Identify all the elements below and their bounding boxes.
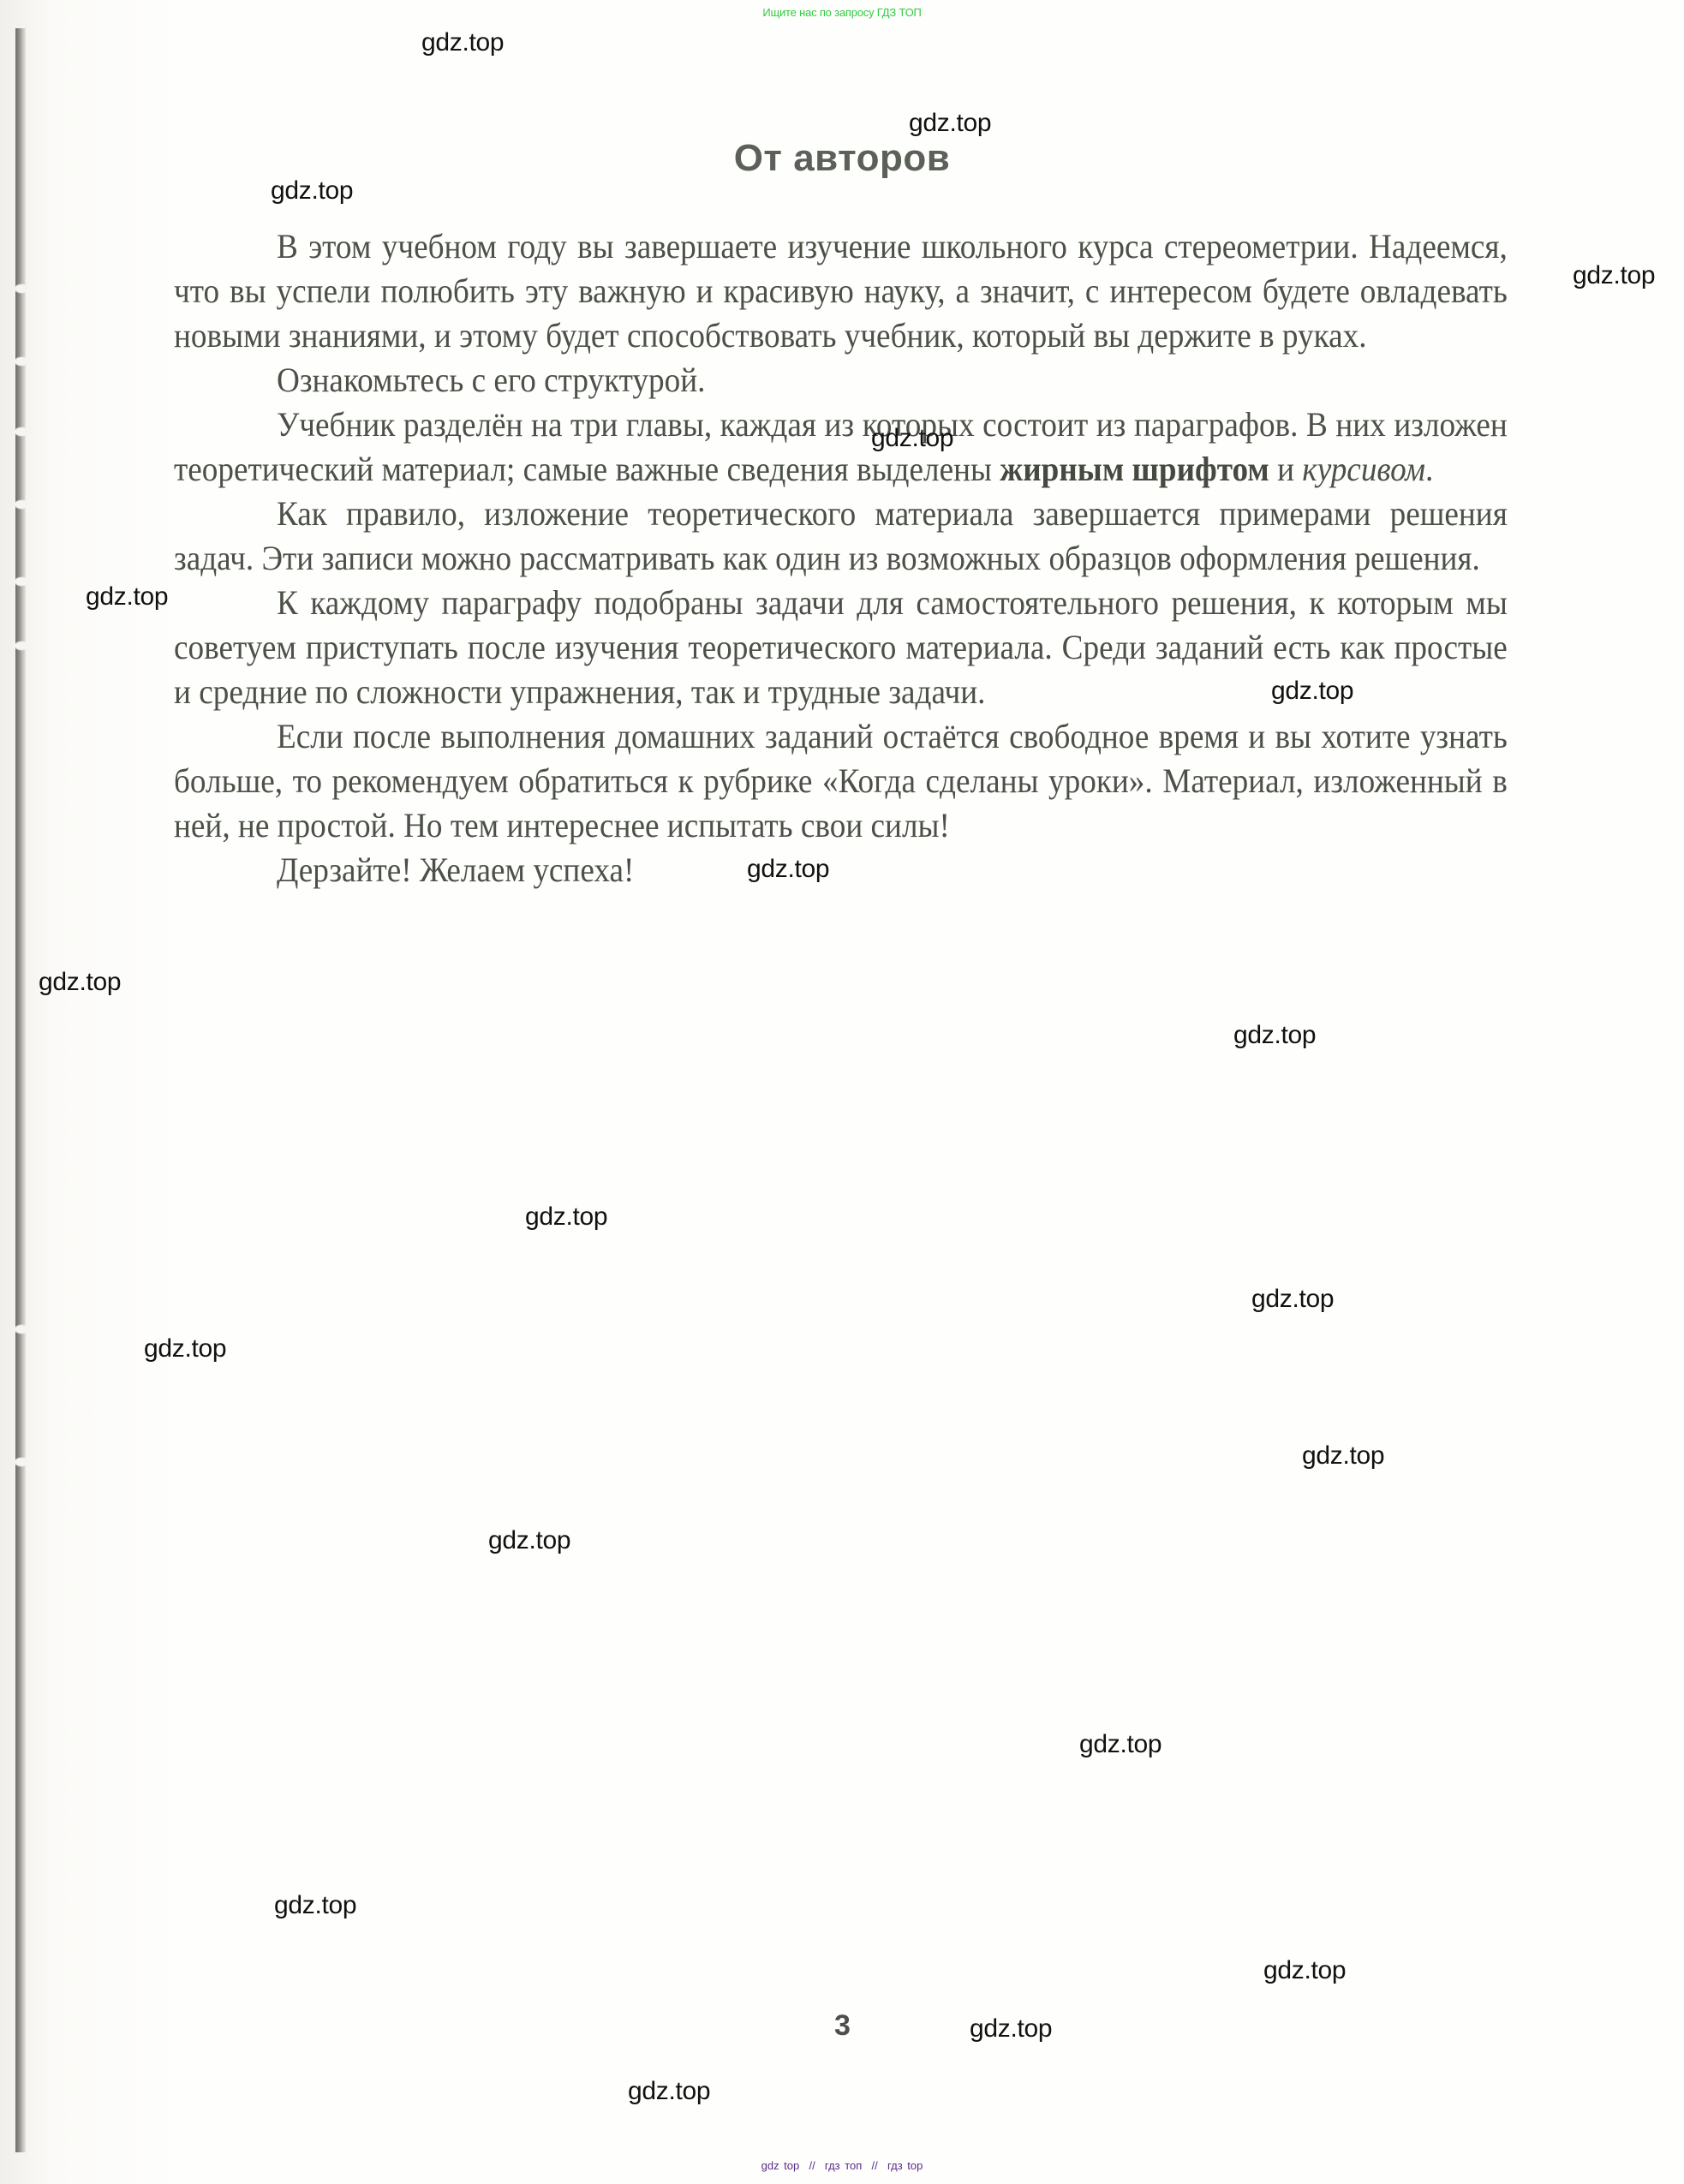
binding-notch xyxy=(12,498,26,510)
paragraph-7: Дерзайте! Желаем успеха! xyxy=(174,848,1508,892)
watermark: gdz.top xyxy=(1302,1441,1384,1471)
italic-emphasis: курсивом xyxy=(1302,450,1425,488)
watermark: gdz.top xyxy=(421,28,504,57)
top-banner: Ищите нас по запросу ГДЗ ТОП xyxy=(0,6,1684,19)
watermark: gdz.top xyxy=(488,1526,570,1555)
watermark: gdz.top xyxy=(1263,1956,1346,1985)
watermark: gdz.top xyxy=(1233,1021,1316,1050)
paragraph-3-after: . xyxy=(1425,450,1433,488)
paragraph-3-middle: и xyxy=(1269,450,1303,488)
watermark: gdz.top xyxy=(1271,677,1353,706)
page-title: От авторов xyxy=(0,137,1684,180)
watermark: gdz.top xyxy=(271,176,353,206)
body-text: В этом учебном году вы завершаете изучен… xyxy=(174,224,1508,892)
binding-notch xyxy=(12,1323,26,1335)
watermark: gdz.top xyxy=(1079,1730,1161,1759)
watermark: gdz.top xyxy=(747,855,829,884)
watermark: gdz.top xyxy=(39,968,121,997)
watermark: gdz.top xyxy=(1251,1285,1334,1314)
watermark: gdz.top xyxy=(144,1334,226,1364)
footer-links: gdz top // гдз топ // гдз top xyxy=(0,2159,1684,2172)
binding-notch xyxy=(12,355,26,367)
watermark: gdz.top xyxy=(871,424,953,453)
watermark: gdz.top xyxy=(86,582,168,612)
binding-notch xyxy=(12,576,26,588)
watermark: gdz.top xyxy=(909,109,991,138)
paragraph-1: В этом учебном году вы завершаете изучен… xyxy=(174,224,1508,358)
watermark: gdz.top xyxy=(970,2014,1052,2044)
watermark: gdz.top xyxy=(628,2077,710,2106)
paragraph-6: Если после выполнения домашних заданий о… xyxy=(174,714,1508,848)
binding-notch xyxy=(12,1456,26,1468)
paragraph-4: Как правило, изложение теоретического ма… xyxy=(174,492,1508,581)
watermark: gdz.top xyxy=(1573,261,1655,290)
page-number: 3 xyxy=(834,2009,851,2043)
watermark: gdz.top xyxy=(274,1891,356,1920)
bold-emphasis: жирным шрифтом xyxy=(1000,450,1269,488)
binding-notch xyxy=(12,640,26,652)
binding-notch xyxy=(12,283,26,295)
paragraph-2: Ознакомьтесь с его структурой. xyxy=(174,358,1508,403)
binding-edge xyxy=(15,28,26,2152)
binding-notch xyxy=(12,426,26,438)
paragraph-3: Учебник разделён на три главы, каждая из… xyxy=(174,403,1508,492)
watermark: gdz.top xyxy=(525,1202,607,1232)
